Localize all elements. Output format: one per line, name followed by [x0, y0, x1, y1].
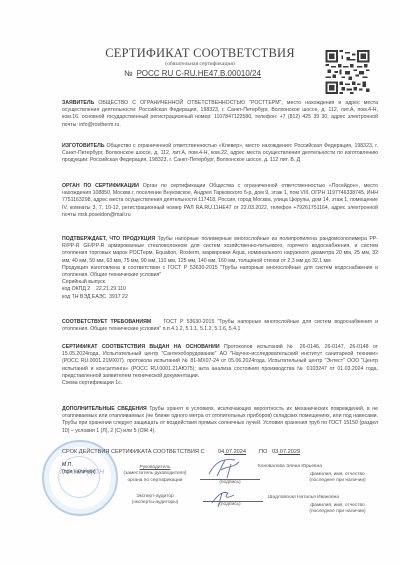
signatory-2-role: Эксперт-аудитор (эксперты-аудиторы) [120, 494, 190, 507]
qr-code-icon [325, 50, 370, 94]
valid-to-date: ПО 03.07.2029 [259, 449, 300, 455]
basis-label: СЕРТИФИКАТ СООТВЕТСТВИЯ ВЫДАН НА ОСНОВАН… [62, 344, 220, 350]
signature-1-icon [205, 456, 245, 480]
valid-from-date: 04.07.2024 [218, 449, 246, 455]
certification-body-section: ОРГАН ПО СЕРТИФИКАЦИИ Орган по сертифика… [62, 183, 378, 219]
additional-info-label: ДОПОЛНИТЕЛЬНЫЕ СВЕДЕНИЯ [62, 406, 147, 412]
product-section: ПОДТВЕРЖДАЕТ, ЧТО ПРОДУКЦИЯ Трубы напорн… [62, 236, 378, 301]
product-standard: Продукция изготовлена в соответствии с Г… [62, 265, 378, 279]
seal-place-label: М.П. (при наличии) [62, 462, 96, 475]
applicant-text: ОБЩЕСТВО С ОГРАНИЧЕННОЙ ОТВЕТСТВЕННОСТЬЮ… [62, 100, 378, 128]
applicant-section: ЗАЯВИТЕЛЬ ОБЩЕСТВО С ОГРАНИЧЕННОЙ ОТВЕТС… [62, 100, 378, 129]
signatory-2-name: Шадловская Наталья Ивановна [268, 495, 339, 500]
validity-label: СРОК ДЕЙСТВИЯ СЕРТИФИКАТА СООТВЕТСТВИЯ С [62, 449, 205, 455]
additional-info-section: ДОПОЛНИТЕЛЬНЫЕ СВЕДЕНИЯ Трубы хранят в у… [62, 406, 378, 435]
number-value: РОСС RU С-RU.НЕ47.В.00010/24 [137, 69, 261, 78]
signatory-2-name-caption: фамилия, имя, отчество (последнее при на… [300, 503, 375, 516]
signature-2-caption: (подпись) [200, 502, 260, 508]
signatory-1-name-caption: фамилия, имя, отчество (последнее при на… [300, 472, 375, 485]
manufacturer-label: ИЗГОТОВИТЕЛЬ [62, 143, 104, 149]
requirements-label: СООТВЕТСТВУЕТ ТРЕБОВАНИЯМ [62, 319, 151, 325]
manufacturer-section: ИЗГОТОВИТЕЛЬ Общество с ограниченной отв… [62, 143, 378, 165]
signatory-1-name: Коновалова Элина Юрьевна [258, 464, 322, 469]
certificate-page: СЕРТИФИКАТ СООТВЕТСТВИЯ (обязательная се… [0, 0, 400, 565]
requirements-section: СООТВЕТСТВУЕТ ТРЕБОВАНИЯМ ГОСТ Р 53630-2… [62, 319, 378, 333]
signatory-1-role: Руководитель (заместитель руководителя) … [120, 465, 190, 484]
manufacturer-text: Общество с ограниченной ответственностью… [62, 143, 378, 163]
okpd-code: код ОКПД 2 22.21.29.110 [62, 286, 378, 293]
product-label: ПОДТВЕРЖДАЕТ, ЧТО ПРОДУКЦИЯ [62, 236, 155, 242]
certification-scheme: Схема сертификации 1с. [62, 380, 378, 387]
product-series: Серийный выпуск. [62, 279, 378, 286]
certification-body-label: ОРГАН ПО СЕРТИФИКАЦИИ [62, 183, 139, 189]
certificate-number: №РОСС RU С-RU.НЕ47.В.00010/24 [124, 69, 261, 78]
number-prefix: № [124, 69, 133, 78]
applicant-label: ЗАЯВИТЕЛЬ [62, 100, 94, 106]
signature-1-caption: (подпись) [200, 480, 260, 486]
basis-section: СЕРТИФИКАТ СООТВЕТСТВИЯ ВЫДАН НА ОСНОВАН… [62, 344, 378, 387]
validity-period: СРОК ДЕЙСТВИЯ СЕРТИФИКАТА СООТВЕТСТВИЯ С… [62, 449, 205, 455]
tnved-code: код ТН ВЭД ЕАЭС 3917 22 [62, 294, 378, 301]
